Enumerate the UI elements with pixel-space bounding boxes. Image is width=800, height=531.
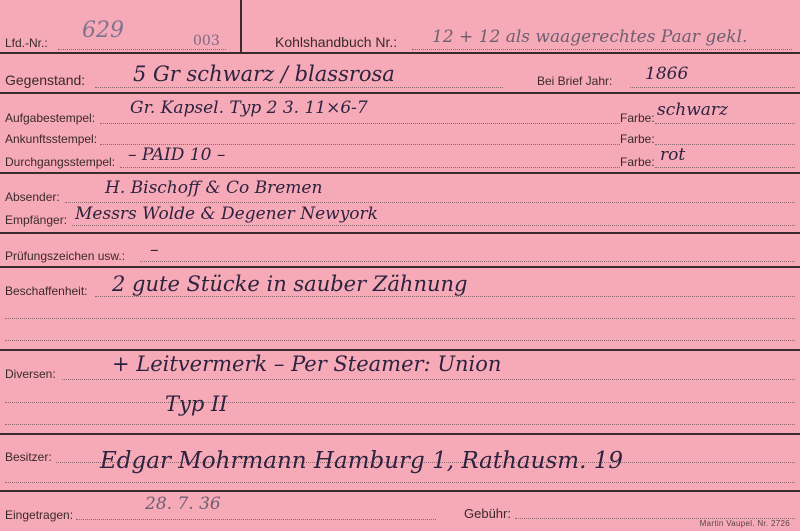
durchgangsstempel-value: – PAID 10 – — [128, 145, 225, 165]
beschaffenheit-line-2 — [5, 318, 795, 319]
diversen-line1: + Leitvermerk – Per Steamer: Union — [112, 352, 501, 376]
empfaenger-line — [72, 225, 795, 226]
kohlshandbuch-label: Kohlshandbuch Nr.: — [275, 34, 397, 50]
beschaffenheit-label: Beschaffenheit: — [5, 284, 88, 298]
divider — [0, 52, 800, 54]
lfd-nr-suffix: 003 — [193, 33, 220, 49]
divider — [0, 349, 800, 351]
gegenstand-line — [95, 87, 503, 88]
divider — [0, 232, 800, 234]
header-divider — [240, 0, 242, 52]
ankunftsstempel-label: Ankunftsstempel: — [5, 132, 97, 146]
gegenstand-label: Gegenstand: — [5, 72, 85, 88]
besitzer-line-2 — [5, 482, 795, 483]
gegenstand-value: 5 Gr schwarz / blassrosa — [133, 62, 395, 86]
besitzer-value: Edgar Mohrmann Hamburg 1, Rathausm. 19 — [100, 448, 623, 474]
diversen-line — [62, 379, 795, 380]
durchgangsstempel-label: Durchgangsstempel: — [5, 155, 115, 169]
printer-mark: Martin Vaupel. Nr. 2726 — [700, 519, 790, 528]
kohlshandbuch-line — [412, 49, 792, 50]
bei-brief-jahr-label: Bei Brief Jahr: — [537, 74, 612, 88]
empfaenger-value: Messrs Wolde & Degener Newyork — [75, 204, 378, 224]
gebuehr-label: Gebühr: — [464, 506, 511, 521]
aufgabestempel-farbe-label: Farbe: — [620, 111, 655, 125]
aufgabestempel-farbe-value: schwarz — [657, 100, 728, 120]
pruefungszeichen-line — [140, 261, 795, 262]
aufgabestempel-farbe-line — [655, 123, 795, 124]
lfd-nr-line — [58, 49, 226, 50]
bei-brief-jahr-line — [630, 87, 795, 88]
lfd-nr-label: Lfd.-Nr.: — [5, 36, 48, 50]
diversen-line-2 — [5, 402, 795, 403]
eingetragen-value: 28. 7. 36 — [145, 494, 221, 514]
besitzer-label: Besitzer: — [5, 450, 52, 464]
aufgabestempel-value: Gr. Kapsel. Typ 2 3. 11×6-7 — [130, 98, 368, 118]
durchgangsstempel-farbe-label: Farbe: — [620, 155, 655, 169]
kohlshandbuch-value: 12 + 12 als waagerechtes Paar gekl. — [432, 27, 747, 47]
absender-value: H. Bischoff & Co Bremen — [105, 178, 322, 198]
aufgabestempel-line — [100, 123, 620, 124]
pruefungszeichen-label: Prüfungszeichen usw.: — [5, 249, 125, 263]
absender-line — [65, 202, 795, 203]
empfaenger-label: Empfänger: — [5, 213, 67, 227]
ankunftsstempel-farbe-label: Farbe: — [620, 132, 655, 146]
durchgangsstempel-farbe-line — [655, 167, 795, 168]
durchgangsstempel-line — [120, 167, 620, 168]
divider — [0, 92, 800, 94]
diversen-line-3 — [5, 424, 795, 425]
beschaffenheit-line — [95, 296, 795, 297]
durchgangsstempel-farbe-value: rot — [660, 145, 685, 165]
eingetragen-label: Eingetragen: — [5, 508, 73, 522]
beschaffenheit-line-3 — [5, 340, 795, 341]
bei-brief-jahr-value: 1866 — [645, 64, 688, 84]
diversen-label: Diversen: — [5, 367, 56, 381]
lfd-nr-value: 629 — [82, 18, 124, 43]
diversen-line2: Typ II — [165, 392, 228, 416]
aufgabestempel-label: Aufgabestempel: — [5, 111, 95, 125]
divider — [0, 172, 800, 174]
divider — [0, 266, 800, 268]
absender-label: Absender: — [5, 190, 60, 204]
divider — [0, 490, 800, 492]
beschaffenheit-value: 2 gute Stücke in sauber Zähnung — [112, 272, 467, 296]
pruefungszeichen-value: – — [150, 240, 159, 260]
eingetragen-line — [76, 519, 436, 520]
divider — [0, 433, 800, 435]
index-card: Lfd.-Nr.: 629 003 Kohlshandbuch Nr.: 12 … — [0, 0, 800, 531]
